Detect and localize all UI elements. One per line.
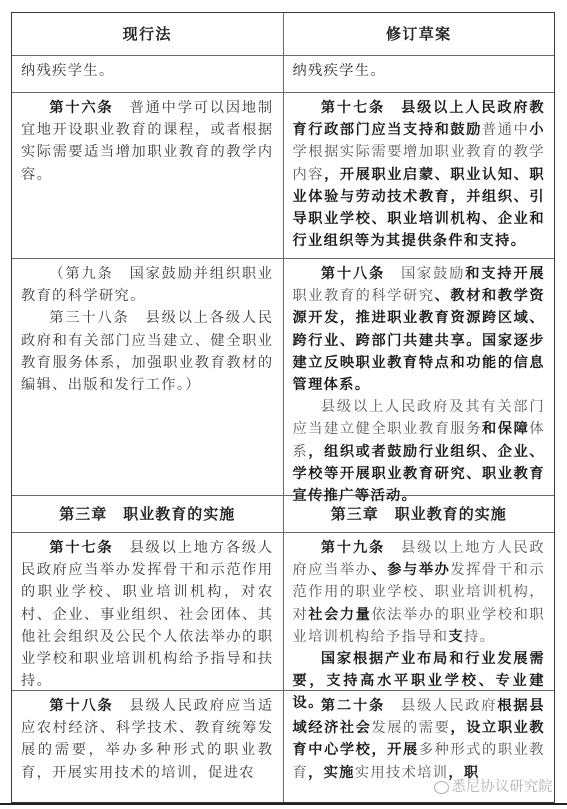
revised-text: 和保障 [482,421,529,437]
revised-draft-cell: 纳残疾学生。 [284,56,555,92]
article-number: 第二十条 [321,698,385,714]
original-text: 持。 [464,629,495,645]
original-text: 普通中 [482,122,529,138]
revised-text: ，开展职业启蒙、职业认知、职业体验与劳动技术教育，并组织、引导职业学校、职业培训… [293,167,546,250]
revised-text: 和支持开展 [465,266,545,282]
chapter-heading-row: 第三章 职业教育的实施 第三章 职业教育的实施 [12,495,554,532]
original-text: 县级人民政府 [401,698,497,714]
article-number: 第十九条 [321,540,385,556]
article-number: 第十七条 [321,100,385,116]
article-text: 第三十八条 县级以上各级人民政府和有关部门应当建立、健全职业教育服务体系，加强职… [21,307,274,396]
chapter-heading-current: 第三章 职业教育的实施 [12,496,284,532]
revised-draft-cell: 第十八条 国家鼓励和支持开展职业教育的科学研究、教材和教学资源开发，推进职业教育… [284,259,555,495]
revised-draft-cell: 第十七条 县级以上人民政府教育行政部门应当支持和鼓励普通中小学根据实际需要增加职… [284,93,555,258]
article-number: 第十七条 [49,540,113,556]
original-text: 职业教育的科学研究 [293,288,435,304]
article-text: （第九条 国家鼓励并组织职业教育的科学研究。 [21,263,274,307]
revised-text: 社会力量 [308,607,371,623]
watermark-text: 悉尼协议研究院 [452,779,554,795]
header-current-law: 现行法 [12,13,284,55]
current-law-cell: （第九条 国家鼓励并组织职业教育的科学研究。 第三十八条 县级以上各级人民政府和… [12,259,284,495]
revised-text: 支 [448,629,464,645]
revised-draft-cell: 第十九条 县级以上地方人民政府应当举办、参与举办发挥骨干和示范作用的职业学校、职… [284,533,555,690]
table-row: 第十六条 普通中学可以因地制宜地开设职业教育的课程，或者根据实际需要适当增加职业… [12,92,554,258]
current-law-cell: 第十七条 县级以上地方各级人民政府应当举办发挥骨干和示范作用的职业学校、职业培训… [12,533,284,690]
article-number: 第十八条 [321,266,385,282]
original-text: 国家鼓励 [401,266,465,282]
article-text: 县级以上地方各级人民政府应当举办发挥骨干和示范作用的职业学校、职业培训机构，对农… [21,540,274,689]
article-number: 第十八条 [49,698,113,714]
revised-text: ，实施 [308,765,355,781]
chapter-heading-revised: 第三章 职业教育的实施 [284,496,555,532]
page-divider [0,803,567,805]
current-law-cell: 第十六条 普通中学可以因地制宜地开设职业教育的课程，或者根据实际需要适当增加职业… [12,93,284,258]
comparison-table: 现行法 修订草案 纳残疾学生。 纳残疾学生。 第十六条 普通中学可以因地制宜地开… [11,12,555,803]
header-revised-draft: 修订草案 [284,13,555,55]
table-row: 第十七条 县级以上地方各级人民政府应当举办发挥骨干和示范作用的职业学校、职业培训… [12,532,554,690]
current-law-cell: 纳残疾学生。 [12,56,284,92]
article-number: 第十六条 [49,100,113,116]
watermark: 悉尼协议研究院 [434,776,554,796]
wechat-icon [434,781,449,794]
revised-text: 、参与举办 [371,562,450,578]
original-text: 发展的需要 [371,720,450,736]
table-row: 纳残疾学生。 纳残疾学生。 [12,55,554,92]
current-law-cell: 第十八条 县级人民政府应当适应农村经济、科学技术、教育统筹发展的需要，举办多种形… [12,691,284,802]
table-header-row: 现行法 修订草案 [12,13,554,55]
table-row: （第九条 国家鼓励并组织职业教育的科学研究。 第三十八条 县级以上各级人民政府和… [12,258,554,495]
revised-text: 小 [529,122,545,138]
revised-text: ，组织或者鼓励行业组织、企业、学校等开展职业教育研究、职业教育宣传推广等活动。 [293,444,546,504]
